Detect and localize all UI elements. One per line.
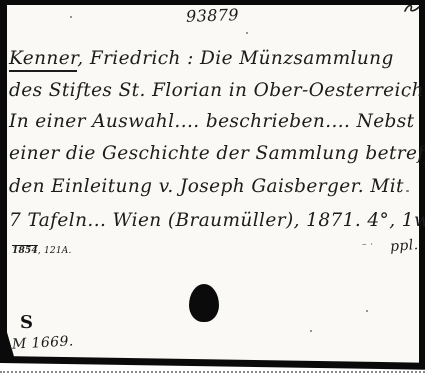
dotted-rule xyxy=(0,371,425,373)
scan-speck xyxy=(310,330,312,332)
shelf-note-number: 1854 xyxy=(12,246,38,256)
accession-number: M 1669. xyxy=(12,333,74,352)
entry-line-4: einer die Geschichte der Sammlung betref… xyxy=(9,143,425,164)
scan-border-right xyxy=(419,0,425,368)
entry-line-6: 7 Tafeln... Wien (Braumüller), 1871. 4°,… xyxy=(9,210,425,231)
entry-line-5: den Einleitung v. Joseph Gaisberger. Mit xyxy=(9,176,404,197)
scan-speck xyxy=(405,95,408,97)
side-note-dashes: – · xyxy=(362,240,373,250)
shelf-note-rest: , 121A. xyxy=(38,246,72,256)
entry-line-2: des Stiftes St. Florian in Ober-Oesterre… xyxy=(9,80,425,101)
entry-line-1: Kenner, Friedrich : Die Münzsammlung xyxy=(9,48,394,69)
author-name: Kenner xyxy=(9,48,77,72)
library-stamp: S xyxy=(20,312,33,333)
margin-note-ppl: ppl. xyxy=(389,237,418,255)
punch-hole xyxy=(189,284,219,322)
entry-line-3: In einer Auswahl.... beschrieben.... Neb… xyxy=(9,111,415,132)
scan-speck xyxy=(366,310,368,312)
scan-speck xyxy=(70,16,72,18)
catalog-card-scan: 93879 Kenner, Friedrich : Die Münzsammlu… xyxy=(0,0,425,390)
entry-line-1-rest: , Friedrich : Die Münzsammlung xyxy=(77,48,393,69)
scan-speck xyxy=(246,32,248,34)
shelf-note: 1854, 121A. xyxy=(12,246,72,256)
scan-border-left xyxy=(0,0,7,360)
scan-speck xyxy=(406,190,409,192)
